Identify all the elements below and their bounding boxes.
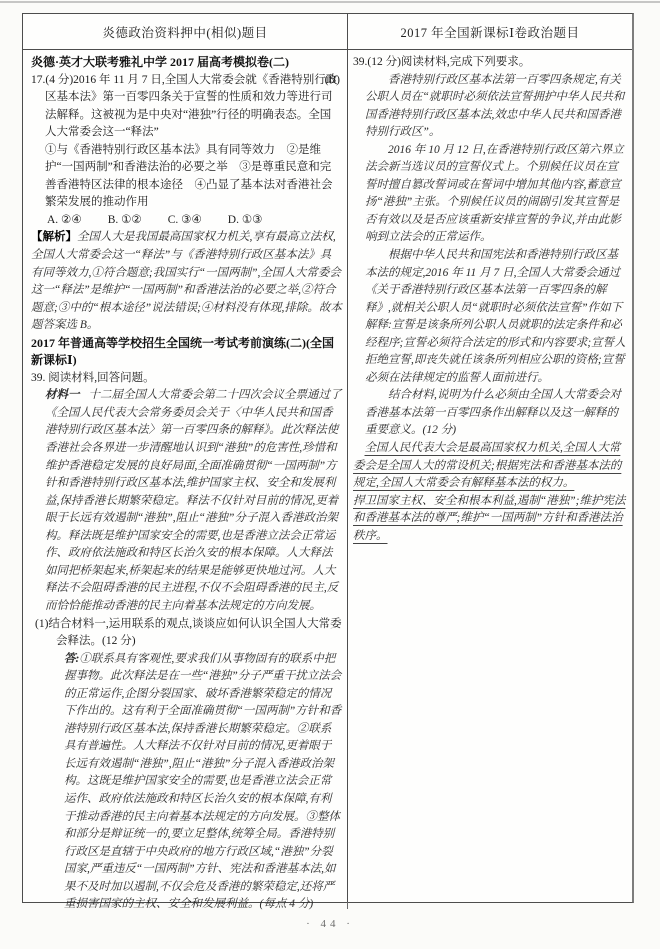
answer-text: ①联系具有客观性,要求我们从事物固有的联系中把握事物。此次释法是在一些“港独”分… [64, 653, 341, 911]
option-c: C. ③④ [168, 212, 202, 230]
question-17-stem: (B)17.(4 分)2016 年 11 月 7 日,全国人大常委会就《香港特别… [31, 72, 342, 142]
q39-material-para-2: 2016 年 10 月 12 日,在香港特别行政区第六界立法会新当选议员的宣誓仪… [353, 142, 626, 247]
header-cell-right: 2017 年全国新课标Ⅰ卷政治题目 [348, 14, 632, 49]
handwritten-answer-line-1: 全国人民代表大会是最高国家权力机关,全国人大常委会是全国人大的常设机关;根据宪法… [353, 440, 626, 493]
header-cell-left: 炎德政治资料押中(相似)题目 [23, 14, 348, 49]
exam-title-2: 2017 年普通高等学校招生全国统一考试考前演练(二)(全国新课标Ⅰ) [31, 335, 342, 370]
left-column: 炎德·英才大联考雅礼中学 2017 届高考模拟卷(二) (B)17.(4 分)2… [23, 50, 348, 902]
column-divider-tick [347, 902, 348, 909]
scan-edge-artifact [0, 1, 660, 3]
q39-heading: 39.(12 分)阅读材料,完成下列要求。 [353, 54, 626, 72]
exam-sheet-table: 炎德政治资料押中(相似)题目 2017 年全国新课标Ⅰ卷政治题目 炎德·英才大联… [22, 13, 634, 903]
answer-mark: (B) [339, 72, 340, 90]
right-column-title: 2017 年全国新课标Ⅰ卷政治题目 [400, 23, 579, 41]
option-a: A. ②④ [47, 212, 82, 230]
material-one-label: 材料一 [45, 389, 80, 401]
table-header-row: 炎德政治资料押中(相似)题目 2017 年全国新课标Ⅰ卷政治题目 [23, 14, 632, 50]
question-17-items: ①与《香港特别行政区基本法》具有同等效力 ②是维护“一国两制”和香港法治的必要之… [31, 142, 342, 212]
question-17-options-row: A. ②④ B. ①② C. ③④ D. ①③ [31, 212, 342, 230]
page-number: · 44 · [0, 918, 660, 930]
option-b: B. ①② [108, 212, 142, 230]
analysis-text: 全国人大是我国最高国家权力机关,享有最高立法权,全国人大常委会这一“释法”与《香… [31, 231, 342, 331]
table-body-row: 炎德·英才大联考雅礼中学 2017 届高考模拟卷(二) (B)17.(4 分)2… [23, 50, 632, 902]
analysis-paragraph: 【解析】全国人大是我国最高国家权力机关,享有最高立法权,全国人大常委会这一“释法… [31, 229, 342, 334]
answer-label: 答: [64, 653, 79, 665]
handwritten-answer-line-2: 捍卫国家主权、安全和根本利益,遏制“港独”;维护宪法和香港基本法的尊严;维护“一… [353, 493, 626, 546]
q39-question: 结合材料,说明为什么必须由全国人大常委会对香港基本法第一百零四条作出解释以及这一… [353, 387, 626, 440]
material-one-paragraph: 材料一十二届全国人大常委会第二十四次会议全票通过了《全国人民代表大会常务委员会关… [31, 387, 342, 615]
analysis-label: 【解析】 [31, 231, 77, 243]
question-17-stem-text: 17.(4 分)2016 年 11 月 7 日,全国人大常委会就《香港特别行政区… [31, 74, 337, 139]
exam-title-1: 炎德·英才大联考雅礼中学 2017 届高考模拟卷(二) [31, 54, 342, 72]
q39-material-para-3: 根据中华人民共和国宪法和香港特别行政区基本法的规定,2016 年 11 月 7 … [353, 247, 626, 387]
left-column-title: 炎德政治资料押中(相似)题目 [102, 23, 267, 41]
q39-intro: 39. 阅读材料,回答问题。 [31, 370, 342, 388]
q39-material-para-1: 香港特别行政区基本法第一百零四条规定,有关公职人员在“就职时必须依法宣誓拥护中华… [353, 72, 626, 142]
option-d: D. ①③ [228, 212, 263, 230]
material-one-text: 十二届全国人大常委会第二十四次会议全票通过了《全国人民代表大会常务委员会关于〈中… [45, 389, 342, 612]
answer-paragraph: 答:①联系具有客观性,要求我们从事物固有的联系中把握事物。此次释法是在一些“港独… [31, 651, 342, 914]
sub-question-1: (1)结合材料一,运用联系的观点,谈谈应如何认识全国人大常委会释法。(12 分) [31, 616, 342, 651]
right-column: 39.(12 分)阅读材料,完成下列要求。 香港特别行政区基本法第一百零四条规定… [348, 50, 632, 902]
